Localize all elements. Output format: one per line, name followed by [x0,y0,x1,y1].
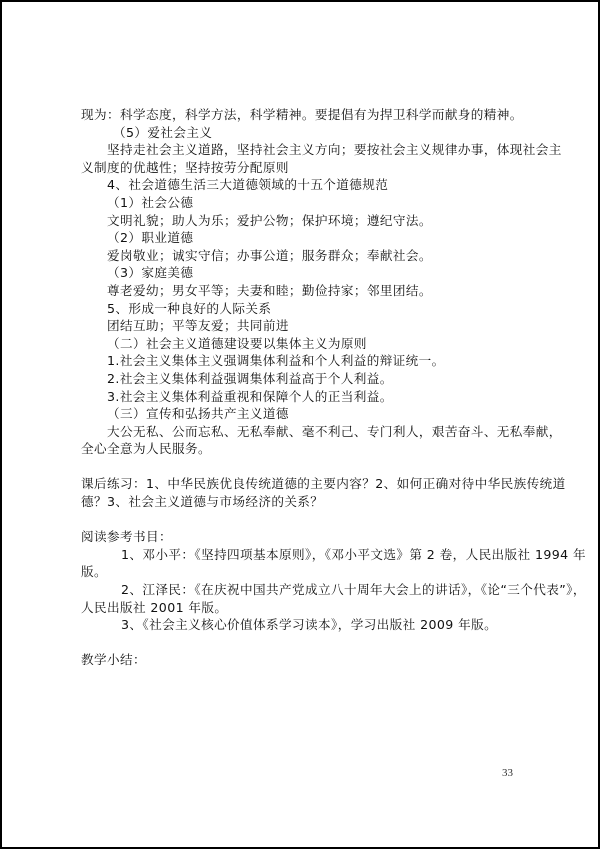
text-line: 全心全意为人民服务。 [81,440,525,458]
exercise-line: 课后练习：1、中华民族优良传统道德的主要内容？2、如何正确对待中华民族传统道 [81,475,525,493]
text-line: 现为：科学态度，科学方法，科学精神。要提倡有为捍卫科学而献身的精神。 [81,106,525,124]
document-page: 现为：科学态度，科学方法，科学精神。要提倡有为捍卫科学而献身的精神。 （5）爱社… [0,0,600,849]
section-heading: 5、形成一种良好的人际关系 [81,300,525,318]
section-heading: （1）社会公德 [81,194,525,212]
reading-heading: 阅读参考书目： [81,528,525,546]
spacer [81,458,525,476]
text-line: 团结互助；平等友爱；共同前进 [81,317,525,335]
section-heading: （三）宣传和弘扬共产主义道德 [81,405,525,423]
reading-item-cont: 版。 [81,563,525,581]
text-line: 尊老爱幼；男女平等；夫妻和睦；勤俭持家；邻里团结。 [81,282,525,300]
section-heading: 4、社会道德生活三大道德领域的十五个道德规范 [81,176,525,194]
text-line: 爱岗敬业；诚实守信；办事公道；服务群众；奉献社会。 [81,247,525,265]
reading-item-cont: 人民出版社 2001 年版。 [81,599,525,617]
section-heading: （二）社会主义道德建设要以集体主义为原则 [81,335,525,353]
page-content: 现为：科学态度，科学方法，科学精神。要提倡有为捍卫科学而献身的精神。 （5）爱社… [81,106,525,669]
list-item: 3.社会主义集体利益重视和保障个人的正当利益。 [81,388,525,406]
section-heading: （5）爱社会主义 [81,124,525,142]
spacer [81,511,525,529]
section-heading: （2）职业道德 [81,229,525,247]
spacer [81,634,525,652]
text-line: 义制度的优越性；坚持按劳分配原则 [81,159,525,177]
page-number: 33 [502,767,513,779]
text-line: 文明礼貌；助人为乐；爱护公物；保护环境；遵纪守法。 [81,212,525,230]
text-line: 大公无私、公而忘私、无私奉献、毫不利己、专门利人，艰苦奋斗、无私奉献， [81,423,525,441]
text-line: 坚持走社会主义道路，坚持社会主义方向；要按社会主义规律办事，体现社会主 [81,141,525,159]
reading-item: 1、邓小平：《坚持四项基本原则》，《邓小平文选》第 2 卷，人民出版社 1994… [81,546,525,564]
reading-item: 3、《社会主义核心价值体系学习读本》，学习出版社 2009 年版。 [81,616,525,634]
list-item: 2.社会主义集体利益强调集体利益高于个人利益。 [81,370,525,388]
summary-heading: 教学小结： [81,651,525,669]
exercise-line: 德？3、社会主义道德与市场经济的关系？ [81,493,525,511]
list-item: 1.社会主义集体主义强调集体利益和个人利益的辩证统一。 [81,352,525,370]
section-heading: （3）家庭美德 [81,264,525,282]
reading-item: 2、江泽民：《在庆祝中国共产党成立八十周年大会上的讲话》，《论“三个代表”》， [81,581,525,599]
